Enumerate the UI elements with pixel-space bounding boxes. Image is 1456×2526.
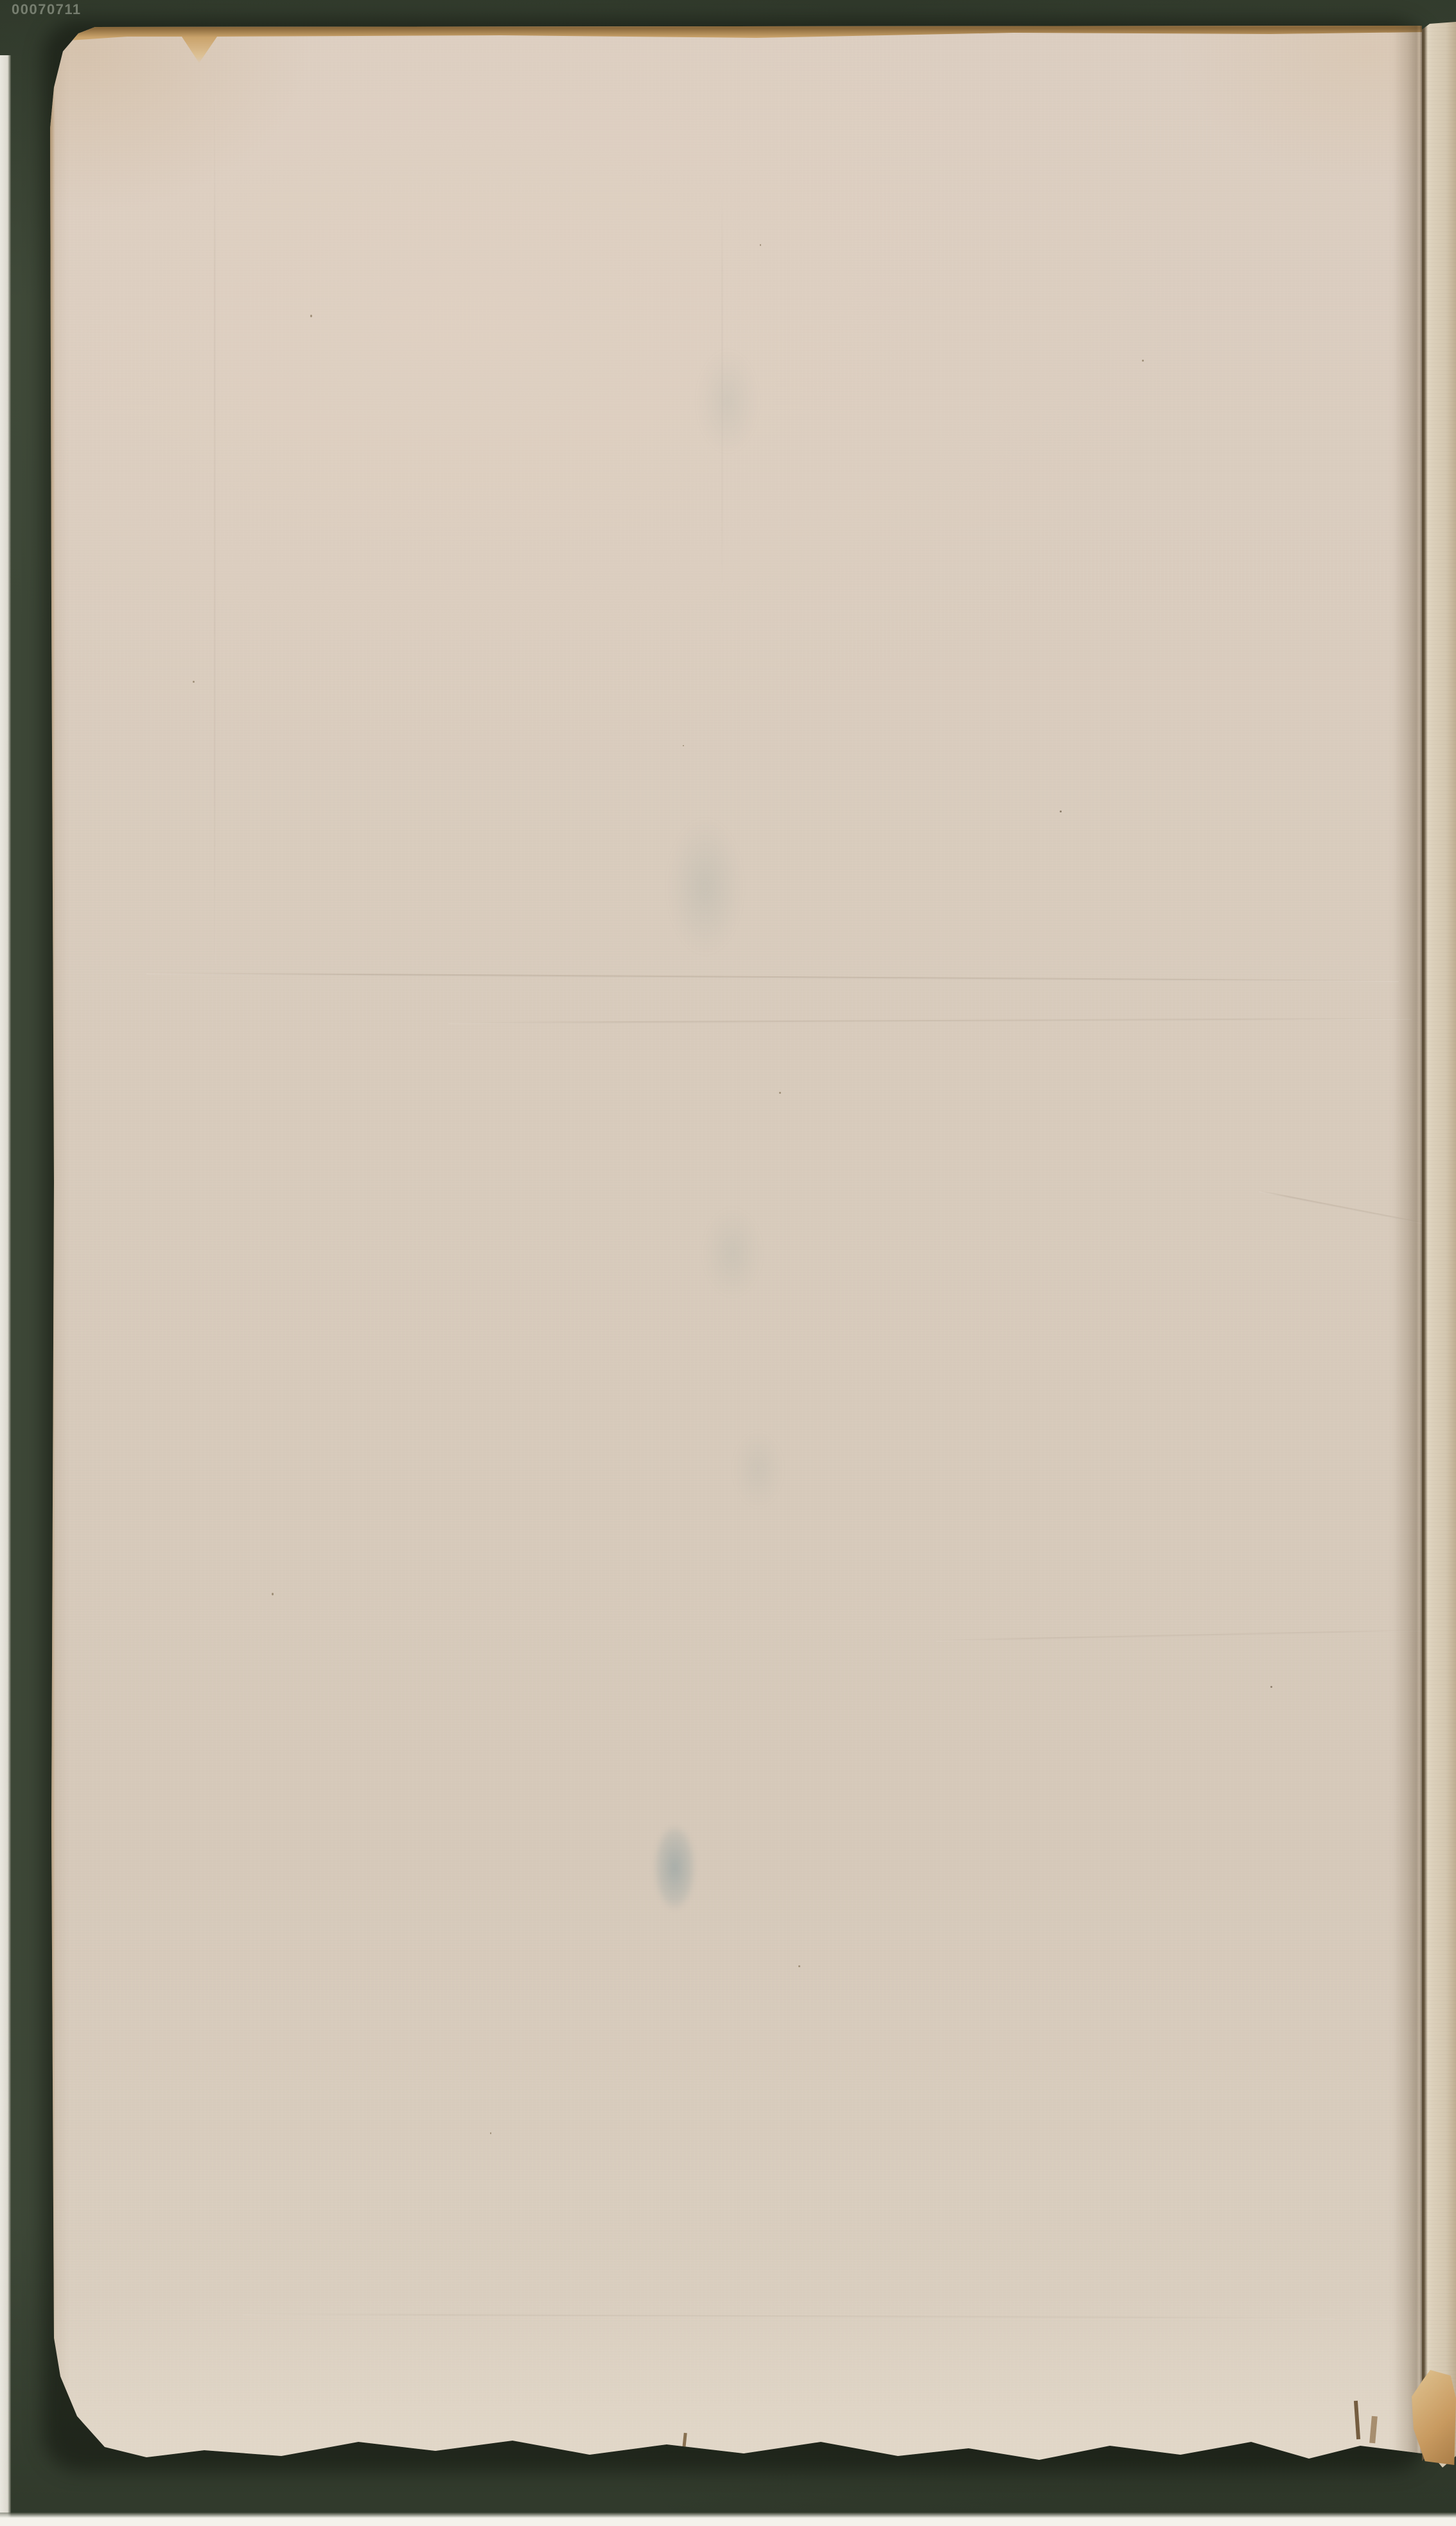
paper-speck	[193, 681, 195, 683]
scanner-bed-strip-bottom	[0, 2513, 1456, 2526]
paper-stain	[728, 1419, 789, 1519]
ink-smudge	[647, 1795, 702, 1927]
paper-stain	[657, 796, 753, 976]
paper-speck	[1060, 811, 1062, 812]
paper-speck	[310, 315, 312, 317]
paper-speck	[1142, 360, 1144, 362]
paper-speck	[1270, 1686, 1272, 1688]
paper-speck	[683, 745, 684, 746]
blank-book-page	[50, 26, 1422, 2465]
paper-speck	[760, 244, 761, 246]
gutter-fold-shadow	[1394, 26, 1422, 2465]
scanner-bed-strip-left	[0, 55, 11, 2526]
book-page-scan: 00070711	[0, 0, 1456, 2526]
adjacent-leaf-edge	[1422, 22, 1456, 2468]
bottom-edge-tear	[1369, 2416, 1378, 2444]
paper-crease-vertical	[214, 96, 216, 963]
paper-crease	[448, 1018, 1412, 1024]
paper-speck	[798, 1965, 800, 1967]
paper-stain	[696, 1195, 769, 1310]
paper-speck	[490, 2132, 491, 2134]
bottom-edge-tear	[1354, 2401, 1360, 2439]
paper-speck	[272, 1593, 274, 1595]
scan-id-watermark: 00070711	[12, 1, 82, 18]
paper-crease	[936, 1629, 1425, 1642]
paper-crease	[243, 2313, 1335, 2319]
paper-stain	[689, 334, 766, 469]
page-top-edge	[50, 26, 1422, 64]
paper-speck	[779, 1092, 781, 1094]
paper-crease	[146, 972, 1399, 982]
